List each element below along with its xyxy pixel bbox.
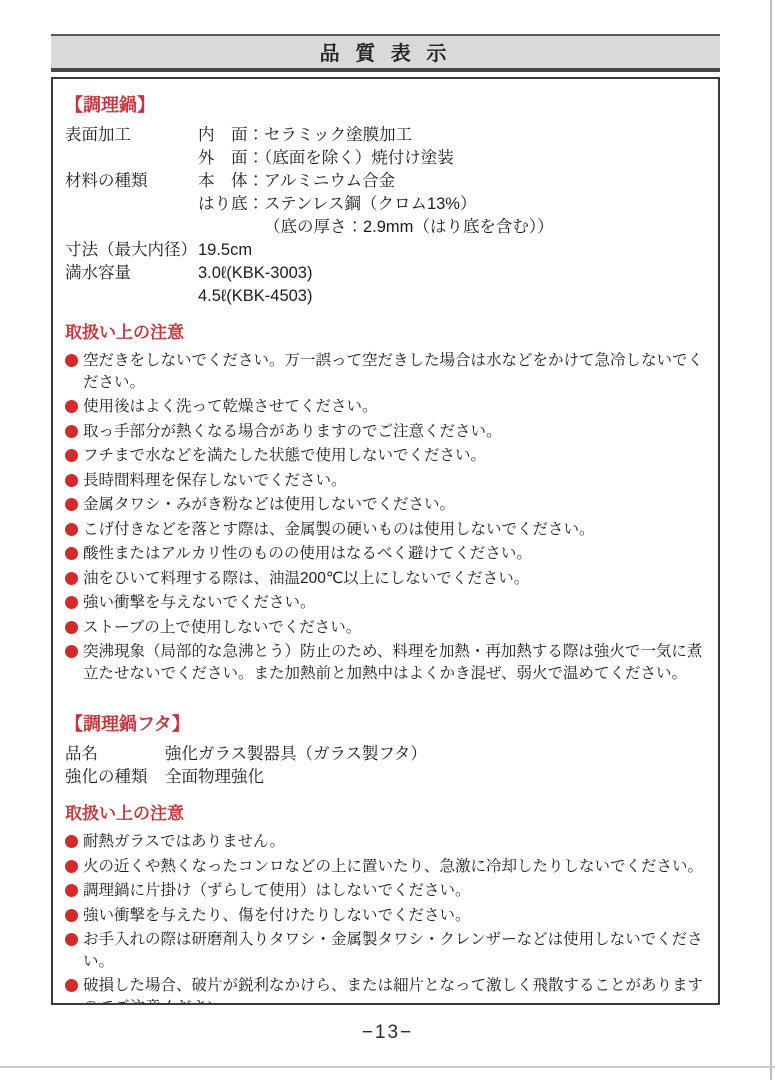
caution-item: 空だきをしないでください。万一誤って空だきした場合は水などをかけて急冷しないでく…: [65, 350, 710, 393]
bullet-icon: [65, 884, 78, 897]
spec-value: 内 面：セラミック塗膜加工 外 面：（底面を除く）焼付け塗装: [198, 124, 710, 170]
bullet-icon: [65, 645, 78, 658]
spec-label: 品名: [65, 743, 165, 766]
caution-text: 破損した場合、破片が鋭利なかけら、または細片となって激しく飛散することがあります…: [83, 977, 703, 1005]
caution-item: 酸性またはアルカリ性のものの使用はなるべく避けてください。: [65, 543, 710, 565]
spec-value-line: はり底：ステンレス鋼（クロム13%）: [198, 193, 710, 216]
spec-value: 3.0ℓ(KBK-3003) 4.5ℓ(KBK-4503): [198, 262, 710, 308]
caution-item: ストーブの上で使用しないでください。: [65, 617, 710, 639]
page-number: −13−: [0, 1022, 775, 1044]
bullet-icon: [65, 425, 78, 438]
caution-item: 突沸現象（局部的な急沸とう）防止のため、料理を加熱・再加熱する際は強火で一気に煮…: [65, 641, 710, 684]
bullet-icon: [65, 523, 78, 536]
caution-text: 耐熱ガラスではありません。: [83, 833, 285, 850]
lid-spec-table: 品名 強化ガラス製器具（ガラス製フタ） 強化の種類 全面物理強化: [65, 743, 710, 789]
spec-label: 強化の種類: [65, 766, 165, 789]
caution-item: 火の近くや熱くなったコンロなどの上に置いたり、急激に冷却したりしないでください。: [65, 856, 710, 878]
pot-section: 【調理鍋】 表面加工 内 面：セラミック塗膜加工 外 面：（底面を除く）焼付け塗…: [65, 91, 710, 684]
spec-value-line: 19.5cm: [198, 239, 710, 262]
lid-section: 【調理鍋フタ】 品名 強化ガラス製器具（ガラス製フタ） 強化の種類 全面物理強化…: [65, 710, 710, 1005]
caution-item: フチまで水などを満たした状態で使用しないでください。: [65, 445, 710, 467]
caution-text: ストーブの上で使用しないでください。: [83, 619, 361, 636]
lid-caution-title: 取扱い上の注意: [65, 799, 710, 824]
lid-caution-list: 耐熱ガラスではありません。 火の近くや熱くなったコンロなどの上に置いたり、急激に…: [65, 831, 710, 1005]
caution-item: 調理鍋に片掛け（ずらして使用）はしないでください。: [65, 880, 710, 902]
caution-text: 長時間料理を保存しないでください。: [83, 472, 347, 489]
caution-item: お手入れの際は研磨剤入りタワシ・金属製タワシ・クレンザーなどは使用しないでくださ…: [65, 929, 710, 972]
bullet-icon: [65, 474, 78, 487]
header-bar: 品 質 表 示: [51, 34, 720, 72]
caution-text: 火の近くや熱くなったコンロなどの上に置いたり、急激に冷却したりしないでください。: [83, 858, 703, 875]
bullet-icon: [65, 400, 78, 413]
bullet-icon: [65, 354, 78, 367]
pot-caution-list: 空だきをしないでください。万一誤って空だきした場合は水などをかけて急冷しないでく…: [65, 350, 710, 684]
bullet-icon: [65, 572, 78, 585]
bullet-icon: [65, 547, 78, 560]
page-title: 品 質 表 示: [320, 43, 452, 65]
caution-text: 突沸現象（局部的な急沸とう）防止のため、料理を加熱・再加熱する際は強火で一気に煮…: [83, 643, 702, 682]
caution-text: 油をひいて料理する際は、油温200℃以上にしないでください。: [83, 570, 529, 587]
lid-section-title: 【調理鍋フタ】: [65, 710, 710, 736]
bullet-icon: [65, 860, 78, 873]
page-edge-line-right: [770, 0, 772, 1080]
bullet-icon: [65, 835, 78, 848]
caution-item: 強い衝撃を与えたり、傷を付けたりしないでください。: [65, 905, 710, 927]
caution-text: 取っ手部分が熱くなる場合がありますのでご注意ください。: [83, 423, 502, 440]
caution-item: 破損した場合、破片が鋭利なかけら、または細片となって激しく飛散することがあります…: [65, 975, 710, 1005]
caution-item: 油をひいて料理する際は、油温200℃以上にしないでください。: [65, 568, 710, 590]
spec-value-line: 内 面：セラミック塗膜加工: [198, 124, 710, 147]
caution-text: 空だきをしないでください。万一誤って空だきした場合は水などをかけて急冷しないでく…: [83, 352, 703, 391]
bullet-icon: [65, 596, 78, 609]
spec-label: 寸法（最大内径）: [65, 239, 198, 262]
pot-section-title: 【調理鍋】: [65, 91, 710, 117]
caution-item: 取っ手部分が熱くなる場合がありますのでご注意ください。: [65, 421, 710, 443]
caution-item: 強い衝撃を与えないでください。: [65, 592, 710, 614]
bullet-icon: [65, 909, 78, 922]
caution-text: 金属タワシ・みがき粉などは使用しないでください。: [83, 496, 455, 513]
caution-text: 酸性またはアルカリ性のものの使用はなるべく避けてください。: [83, 545, 532, 562]
bullet-icon: [65, 498, 78, 511]
quality-label-box: 【調理鍋】 表面加工 内 面：セラミック塗膜加工 外 面：（底面を除く）焼付け塗…: [51, 77, 720, 1005]
spec-label: 材料の種類: [65, 170, 198, 239]
caution-text: 使用後はよく洗って乾燥させてください。: [83, 398, 378, 415]
caution-text: 強い衝撃を与えたり、傷を付けたりしないでください。: [83, 907, 471, 924]
caution-item: 耐熱ガラスではありません。: [65, 831, 710, 853]
spec-value-line: 4.5ℓ(KBK-4503): [198, 285, 710, 308]
bullet-icon: [65, 621, 78, 634]
spec-value-line: 3.0ℓ(KBK-3003): [198, 262, 710, 285]
spec-value-line: （底の厚さ：2.9mm（はり底を含む））: [198, 216, 710, 239]
caution-item: 長時間料理を保存しないでください。: [65, 470, 710, 492]
caution-item: こげ付きなどを落とす際は、金属製の硬いものは使用しないでください。: [65, 519, 710, 541]
spec-value: 19.5cm: [198, 239, 710, 262]
caution-text: フチまで水などを満たした状態で使用しないでください。: [83, 447, 486, 464]
spec-value-line: 強化ガラス製器具（ガラス製フタ）: [165, 743, 710, 766]
spec-label: 満水容量: [65, 262, 198, 308]
caution-text: 強い衝撃を与えないでください。: [83, 594, 316, 611]
spec-value-line: 外 面：（底面を除く）焼付け塗装: [198, 147, 710, 170]
caution-text: お手入れの際は研磨剤入りタワシ・金属製タワシ・クレンザーなどは使用しないでくださ…: [83, 931, 703, 970]
spec-value: 本 体：アルミニウム合金 はり底：ステンレス鋼（クロム13%） （底の厚さ：2.…: [198, 170, 710, 239]
bullet-icon: [65, 449, 78, 462]
caution-text: こげ付きなどを落とす際は、金属製の硬いものは使用しないでください。: [83, 521, 595, 538]
page-edge-line-bottom: [0, 1066, 775, 1068]
spec-value-line: 本 体：アルミニウム合金: [198, 170, 710, 193]
caution-text: 調理鍋に片掛け（ずらして使用）はしないでください。: [83, 882, 471, 899]
caution-item: 使用後はよく洗って乾燥させてください。: [65, 396, 710, 418]
bullet-icon: [65, 979, 78, 992]
caution-item: 金属タワシ・みがき粉などは使用しないでください。: [65, 494, 710, 516]
bullet-icon: [65, 933, 78, 946]
spec-label: 表面加工: [65, 124, 198, 170]
pot-caution-title: 取扱い上の注意: [65, 318, 710, 343]
pot-spec-table: 表面加工 内 面：セラミック塗膜加工 外 面：（底面を除く）焼付け塗装 材料の種…: [65, 124, 710, 308]
spec-value-line: 全面物理強化: [165, 766, 710, 789]
